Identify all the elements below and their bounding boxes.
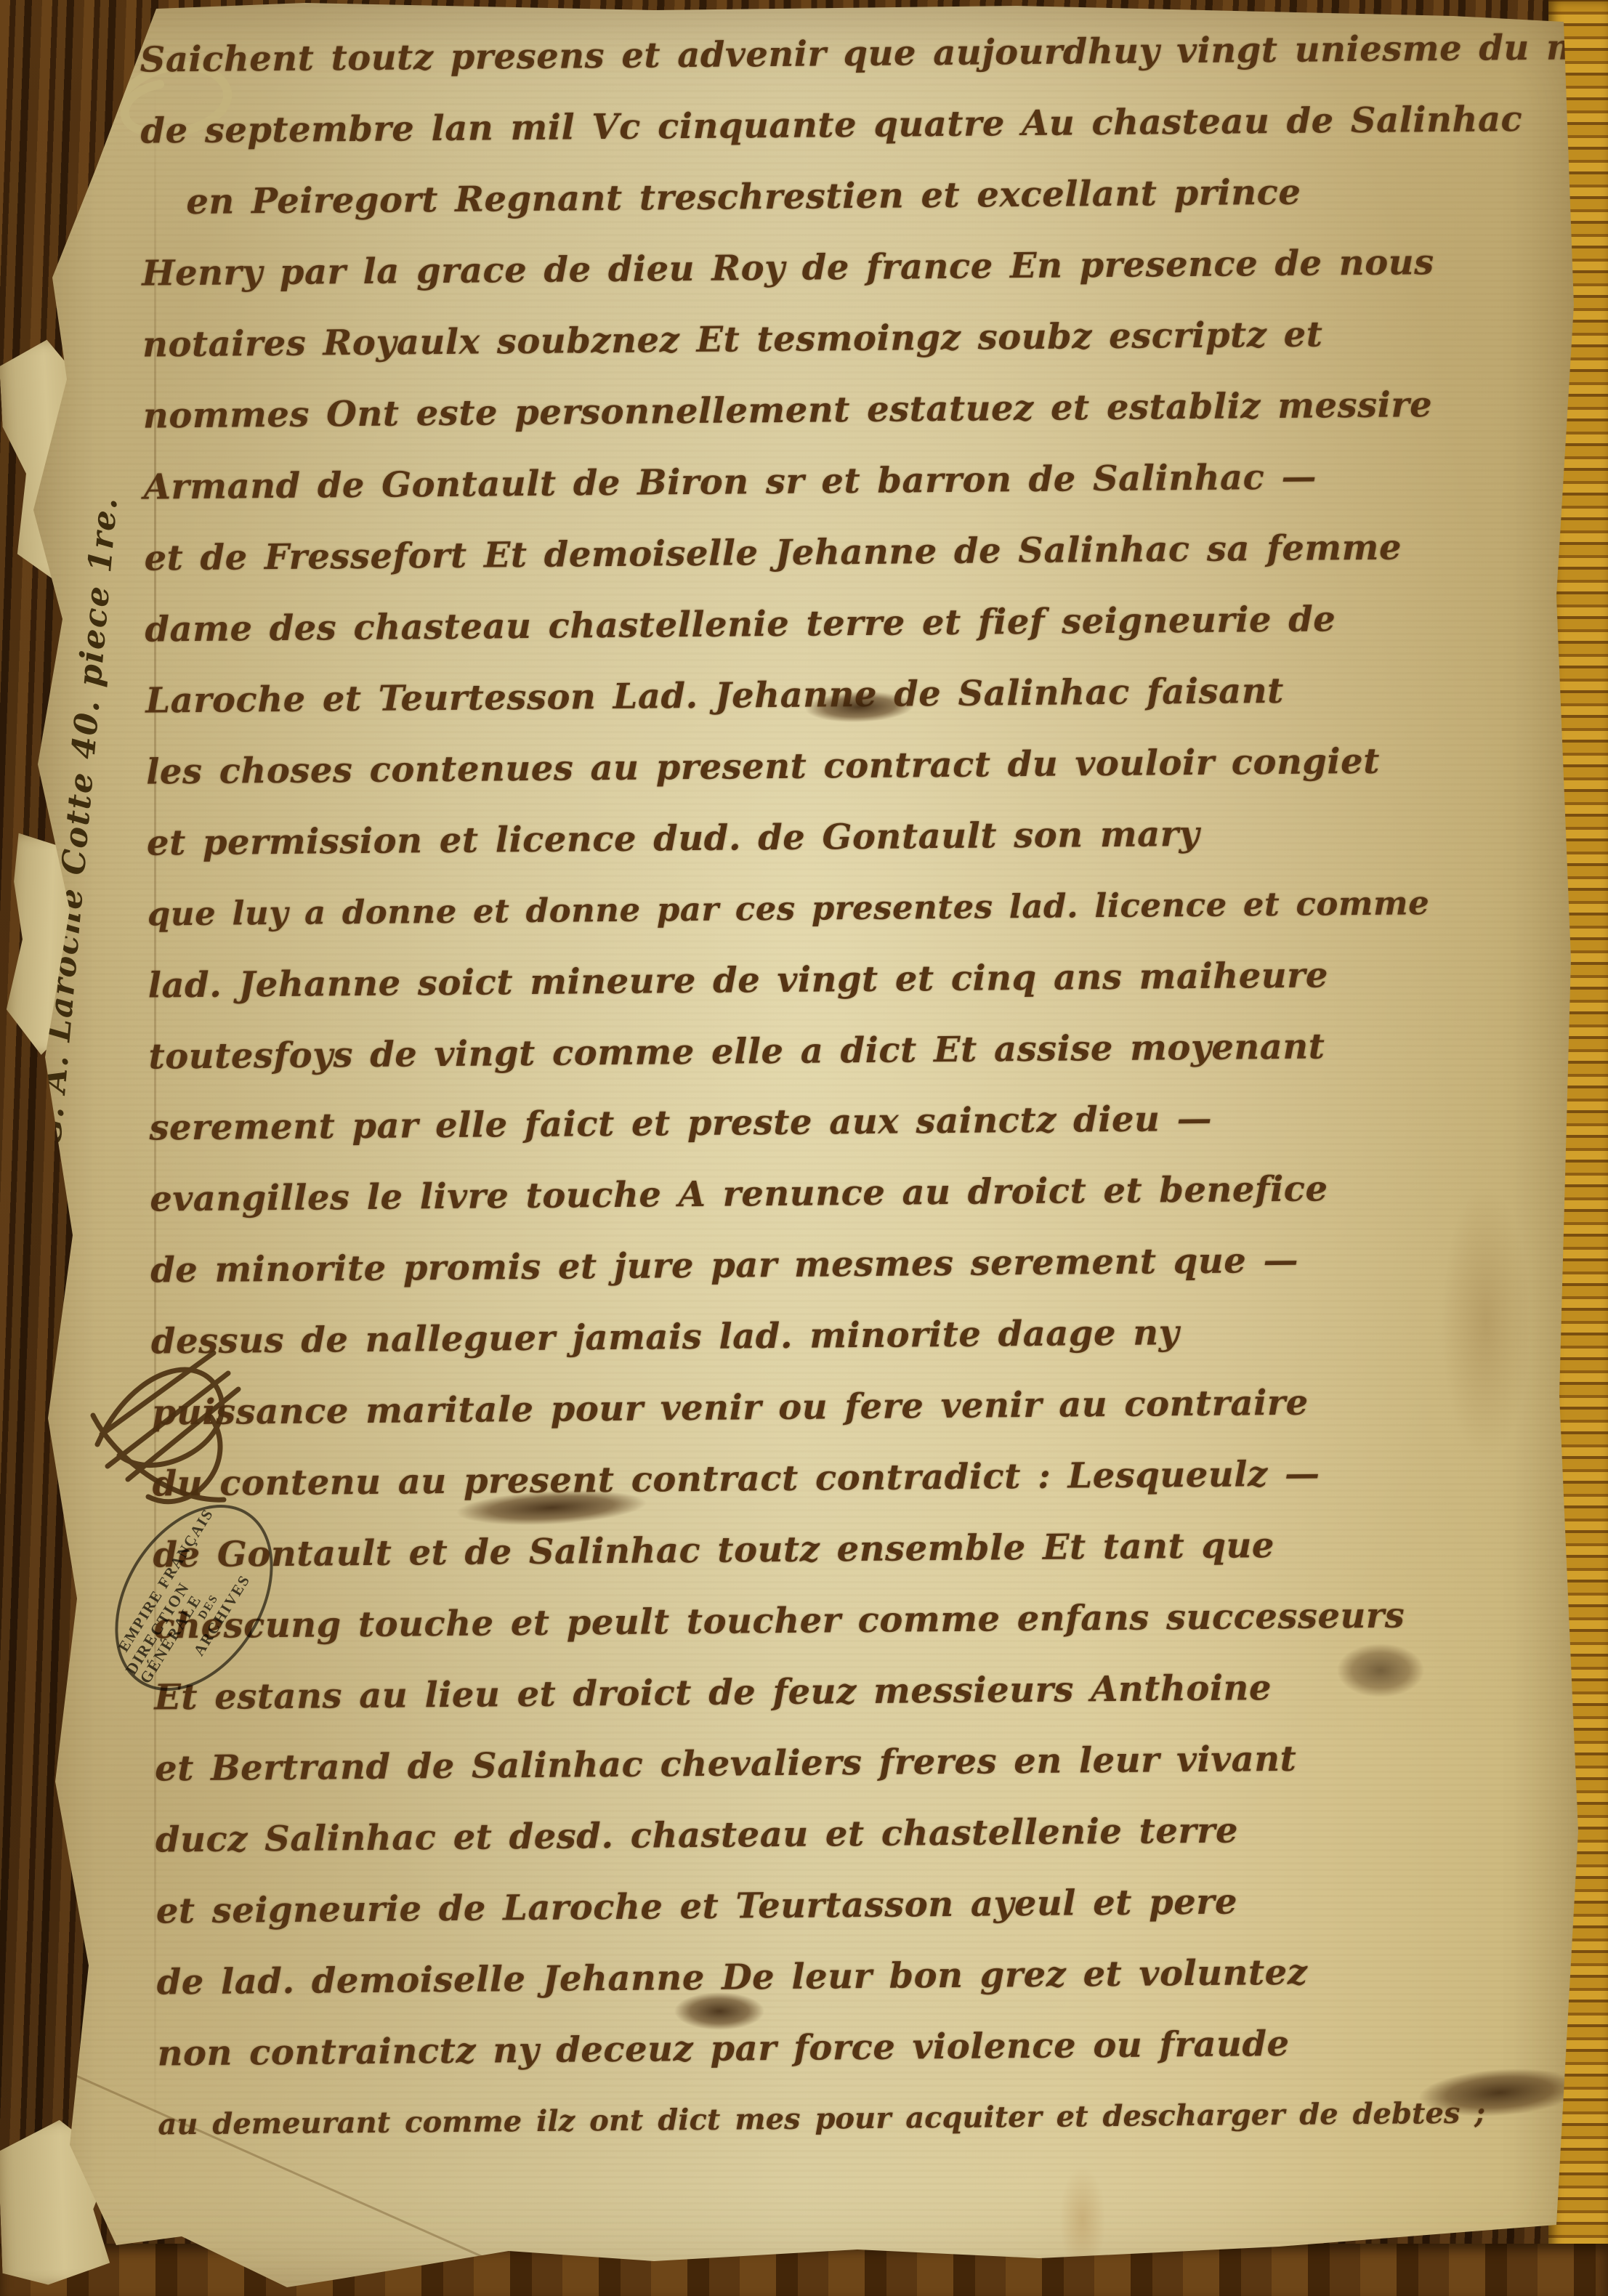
- ink-blot: [674, 1992, 764, 2030]
- manuscript-photo: Saichent toutz presens et advenir que au…: [0, 0, 1608, 2296]
- manuscript-line: serement par elle faict et preste aux sa…: [149, 1080, 1574, 1163]
- notarial-paraph-flourish: [86, 1328, 260, 1510]
- manuscript-line: dame des chasteau chastellenie terre et …: [145, 581, 1569, 665]
- manuscript-page: Saichent toutz presens et advenir que au…: [0, 0, 1608, 2296]
- manuscript-line: de lad. demoiselle Jehanne De leur bon g…: [156, 1934, 1581, 2018]
- manuscript-line: notaires Royaulx soubznez Et tesmoingz s…: [142, 296, 1567, 380]
- manuscript-line: lad. Jehanne soict mineure de vingt et c…: [148, 937, 1572, 1021]
- manuscript-line: evangilles le livre touche A renunce au …: [150, 1151, 1575, 1234]
- manuscript-line: Armand de Gontault de Biron sr et barron…: [143, 439, 1568, 522]
- manuscript-line: de minorite promis et jure par mesmes se…: [150, 1222, 1575, 1306]
- manuscript-line: en Peiregort Regnant treschrestien et ex…: [186, 154, 1566, 238]
- manuscript-line: et seigneurie de Laroche et Teurtasson a…: [155, 1863, 1580, 1947]
- manuscript-line: Henry par la grace de dieu Roy de france…: [142, 225, 1567, 309]
- manuscript-line: nommes Ont este personnellement estatuez…: [142, 368, 1567, 451]
- manuscript-line: et Bertrand de Salinhac chevaliers frere…: [155, 1721, 1580, 1804]
- manuscript-line: et de Fressefort Et demoiselle Jehanne d…: [144, 510, 1569, 594]
- manuscript-line: du contenu au present contract contradic…: [152, 1436, 1577, 1519]
- manuscript-line: les choses contenues au present contract…: [146, 724, 1571, 807]
- manuscript-line: ducz Salinhac et desd. chasteau et chast…: [155, 1792, 1580, 1875]
- manuscript-line: dessus de nalleguer jamais lad. minorite…: [151, 1293, 1576, 1377]
- manuscript-line: de septembre lan mil Vc cinquante quatre…: [140, 84, 1565, 167]
- manuscript-line: Saichent toutz presens et advenir que au…: [140, 12, 1564, 96]
- manuscript-line: de Gontault et de Salinhac toutz ensembl…: [153, 1507, 1577, 1590]
- ink-smudge: [1337, 1644, 1424, 1697]
- manuscript-line: que luy a donne et donne par ces present…: [147, 866, 1572, 950]
- manuscript-line: toutesfoys de vingt comme elle a dict Et…: [148, 1008, 1573, 1092]
- manuscript-line: non contrainctz ny deceuz par force viol…: [157, 2005, 1582, 2089]
- manuscript-text-block: Saichent toutz presens et advenir que au…: [140, 12, 1583, 2161]
- manuscript-line: au demeurant comme ilz ont dict mes pour…: [158, 2077, 1583, 2160]
- manuscript-line: puissance maritale pour venir ou fere ve…: [151, 1365, 1576, 1448]
- manuscript-line: et permission et licence dud. de Gontaul…: [147, 795, 1572, 878]
